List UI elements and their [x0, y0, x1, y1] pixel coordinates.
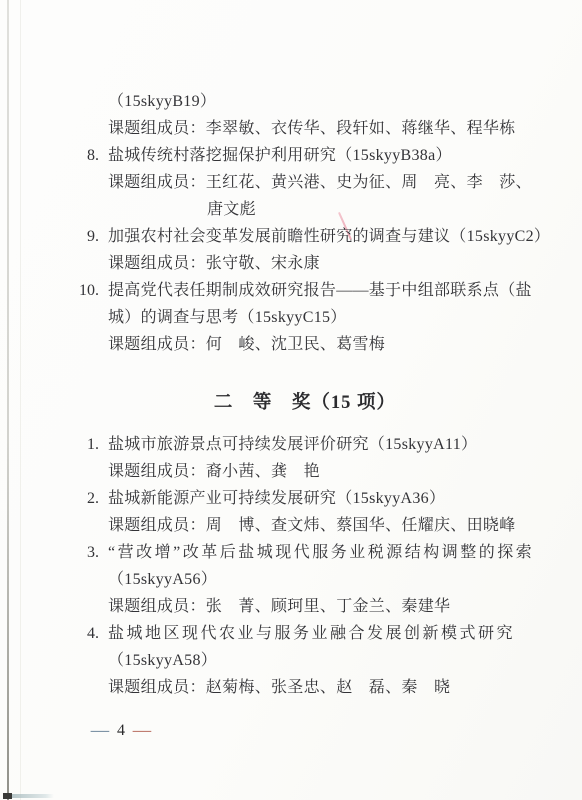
- project-members: 课题组成员：何 峻、沈卫民、葛雪梅: [108, 331, 546, 358]
- project-item: 8. 盐城传统村落挖掘保护利用研究（15skyyB38a） 课题组成员：王红花、…: [64, 142, 546, 223]
- project-members: 课题组成员：王红花、黄兴港、史为征、周 亮、李 莎、: [108, 169, 546, 196]
- footer-dash-right: —: [133, 717, 151, 744]
- project-members: 课题组成员：张守敬、宋永康: [108, 250, 546, 277]
- footer-dash-left: —: [91, 717, 109, 744]
- project-item: 4. 盐城地区现代农业与服务业融合发展创新模式研究 （15skyyA58） 课题…: [64, 620, 546, 701]
- project-title: 盐城传统村落挖掘保护利用研究（15skyyB38a）: [108, 142, 546, 169]
- project-number: 10.: [64, 277, 108, 358]
- project-item: 9. 加强农村社会变革发展前瞻性研究的调查与建议（15skyyC2） 课题组成员…: [64, 223, 546, 277]
- project-members: 课题组成员：周 博、查文炜、蔡国华、任耀庆、田晓峰: [108, 512, 546, 539]
- project-code: （15skyyA58）: [108, 647, 546, 674]
- carryover-block: （15skyyB19） 课题组成员：李翠敏、衣传华、段轩如、蒋继华、程华栋: [108, 88, 546, 142]
- project-members: 课题组成员：李翠敏、衣传华、段轩如、蒋继华、程华栋: [108, 115, 546, 142]
- project-members: 课题组成员：赵菊梅、张圣忠、赵 磊、秦 晓: [108, 674, 546, 701]
- project-title: 盐城地区现代农业与服务业融合发展创新模式研究: [108, 620, 546, 647]
- page-footer: — 4 —: [92, 717, 546, 744]
- project-item: 2. 盐城新能源产业可持续发展研究（15skyyA36） 课题组成员：周 博、查…: [64, 485, 546, 539]
- project-number: 2.: [64, 485, 108, 539]
- project-number: 9.: [64, 223, 108, 277]
- document-content: （15skyyB19） 课题组成员：李翠敏、衣传华、段轩如、蒋继华、程华栋 8.…: [0, 0, 582, 800]
- project-number: 1.: [64, 431, 108, 485]
- project-item: 3. “营改增”改革后盐城现代服务业税源结构调整的探索 （15skyyA56） …: [64, 539, 546, 620]
- section-heading: 二 等 奖（15 项）: [64, 390, 546, 417]
- page-number: 4: [117, 717, 125, 744]
- project-number: 4.: [64, 620, 108, 701]
- project-code: （15skyyA56）: [108, 566, 546, 593]
- project-number: 8.: [64, 142, 108, 223]
- project-title: 盐城市旅游景点可持续发展评价研究（15skyyA11）: [108, 431, 546, 458]
- project-code: （15skyyB19）: [108, 88, 546, 115]
- project-members-continued: 唐文彪: [207, 196, 546, 223]
- project-title: 加强农村社会变革发展前瞻性研究的调查与建议（15skyyC2）: [108, 223, 546, 250]
- project-item: 1. 盐城市旅游景点可持续发展评价研究（15skyyA11） 课题组成员：裔小茜…: [64, 431, 546, 485]
- project-title: 提高党代表任期制成效研究报告——基于中组部联系点（盐: [108, 277, 546, 304]
- project-number: 3.: [64, 539, 108, 620]
- project-members: 课题组成员：张 菁、顾珂里、丁金兰、秦建华: [108, 593, 546, 620]
- project-title: “营改增”改革后盐城现代服务业税源结构调整的探索: [108, 539, 546, 566]
- scanned-document-page: （15skyyB19） 课题组成员：李翠敏、衣传华、段轩如、蒋继华、程华栋 8.…: [0, 0, 582, 800]
- project-item: 10. 提高党代表任期制成效研究报告——基于中组部联系点（盐 城）的调查与思考（…: [64, 277, 546, 358]
- project-members: 课题组成员：裔小茜、龚 艳: [108, 458, 546, 485]
- project-title: 盐城新能源产业可持续发展研究（15skyyA36）: [108, 485, 546, 512]
- project-title-continued: 城）的调查与思考（15skyyC15）: [108, 304, 546, 331]
